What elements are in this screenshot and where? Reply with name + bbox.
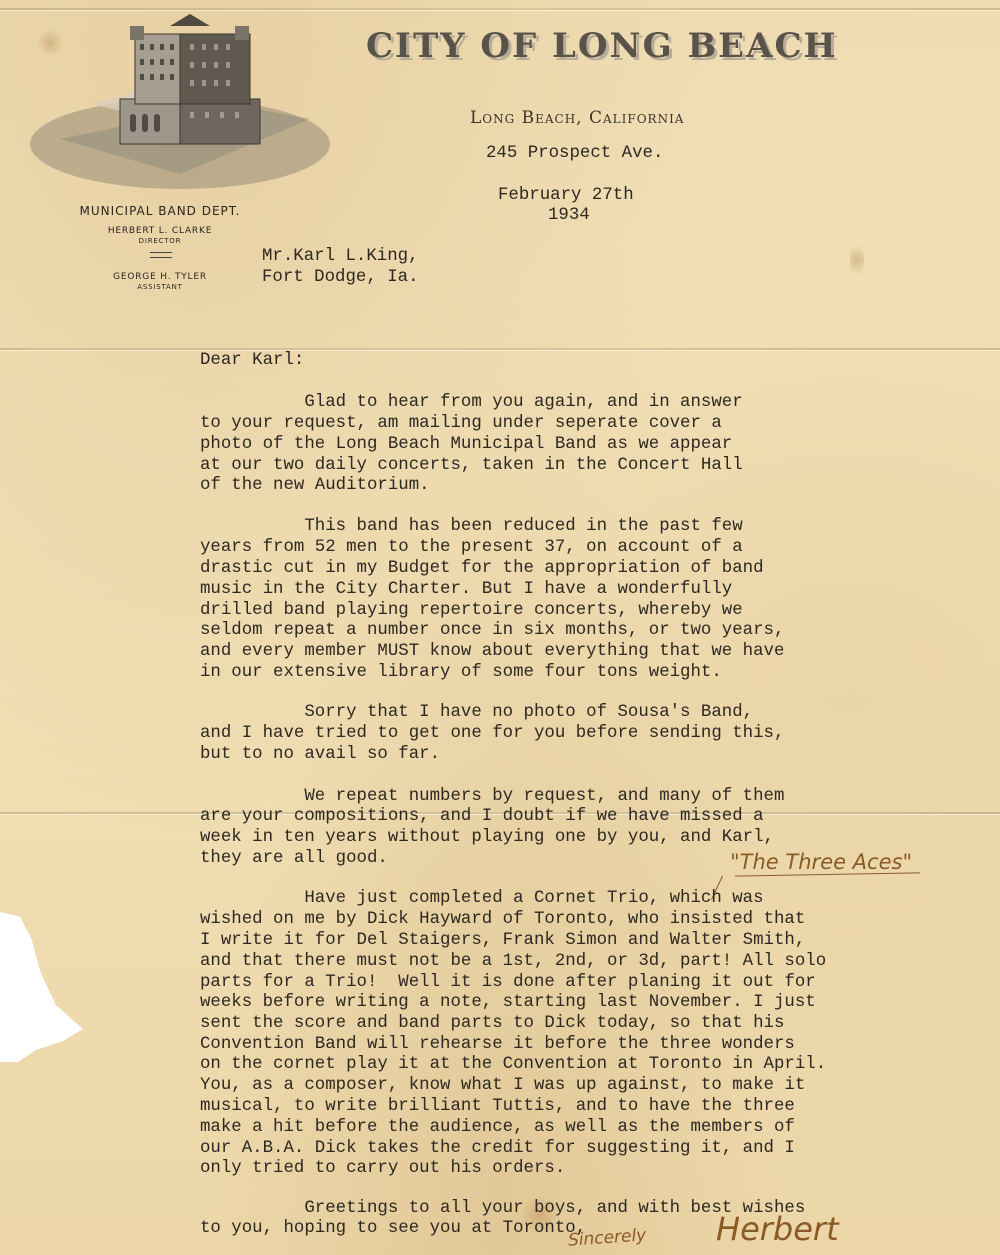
body-line: musical, to write brilliant Tuttis, and … [200,1097,795,1118]
body-line: and every member MUST know about everyth… [200,642,784,663]
letterhead-divider [150,252,172,258]
body-line: in our extensive library of some four to… [200,663,722,684]
body-line: drastic cut in my Budget for the appropr… [200,559,764,580]
body-line: Convention Band will rehearse it before … [200,1035,795,1056]
fold-line-upper [0,348,1000,350]
letter-paper: MUNICIPAL BAND DEPT. HERBERT L. CLARKE D… [0,0,1000,1255]
body-line: and I have tried to get one for you befo… [200,724,784,745]
body-line: drilled band playing repertoire concerts… [200,601,743,622]
auditorium-building-illustration [30,4,330,199]
body-line: week in ten years without playing one by… [200,828,774,849]
handwritten-signature: Herbert [716,1210,839,1248]
body-line: music in the City Charter. But I have a … [200,580,732,601]
torn-paper-edge [0,912,90,1062]
director-name: HERBERT L. CLARKE [108,226,212,236]
handwritten-closing: Sincerely [567,1225,647,1250]
body-line: but to no avail so far. [200,745,440,766]
body-line: at our two daily concerts, taken in the … [200,456,743,477]
body-line: only tried to carry out his orders. [200,1159,565,1180]
body-line: they are all good. [200,849,388,870]
body-line: to you, hoping to see you at Toronto, [200,1219,586,1240]
letterhead-department: MUNICIPAL BAND DEPT. [30,204,290,218]
body-line: This band has been reduced in the past f… [200,517,743,538]
recipient-name: Mr.Karl L.King, [262,247,419,266]
body-line: and that there must not be a 1st, 2nd, o… [200,952,826,973]
date-line-2: 1934 [548,206,590,225]
body-line: years from 52 men to the present 37, on … [200,538,743,559]
recipient-location: Fort Dodge, Ia. [262,268,419,287]
body-line: Greetings to all your boys, and with bes… [200,1199,805,1220]
body-line: of the new Auditorium. [200,476,430,497]
body-line: to your request, am mailing under sepera… [200,414,722,435]
salutation: Dear Karl: [200,351,304,370]
body-line: seldom repeat a number once in six month… [200,621,784,642]
body-line: are your compositions, and I doubt if we… [200,807,764,828]
director-role: DIRECTOR [30,236,290,246]
letterhead-title: CITY OF LONG BEACH [366,26,838,66]
body-line: Sorry that I have no photo of Sousa's Ba… [200,703,753,724]
body-line: Have just completed a Cornet Trio, which… [200,889,764,910]
body-line: weeks before writing a note, starting la… [200,993,816,1014]
body-line: photo of the Long Beach Municipal Band a… [200,435,732,456]
letterhead-subtitle: Long Beach, California [470,108,684,128]
body-line: You, as a composer, know what I was up a… [200,1076,805,1097]
body-line: our A.B.A. Dick takes the credit for sug… [200,1139,795,1160]
assistant-name: GEORGE H. TYLER [113,272,207,282]
assistant-role: ASSISTANT [30,282,290,292]
sender-address: 245 Prospect Ave. [486,144,663,163]
body-line: We repeat numbers by request, and many o… [200,787,784,808]
body-line: make a hit before the audience, as well … [200,1118,795,1139]
body-line: sent the score and band parts to Dick to… [200,1014,784,1035]
letterhead-director: HERBERT L. CLARKE DIRECTOR [30,226,290,246]
letterhead-assistant: GEORGE H. TYLER ASSISTANT [30,272,290,292]
body-line: wished on me by Dick Hayward of Toronto,… [200,910,805,931]
body-line: I write it for Del Staigers, Frank Simon… [200,931,805,952]
age-stain [850,240,864,280]
body-line: Glad to hear from you again, and in answ… [200,393,743,414]
body-line: on the cornet play it at the Convention … [200,1055,826,1076]
handwritten-annotation: "The Three Aces" [730,850,912,874]
date-line-1: February 27th [498,186,634,205]
body-line: parts for a Trio! Well it is done after … [200,973,816,994]
